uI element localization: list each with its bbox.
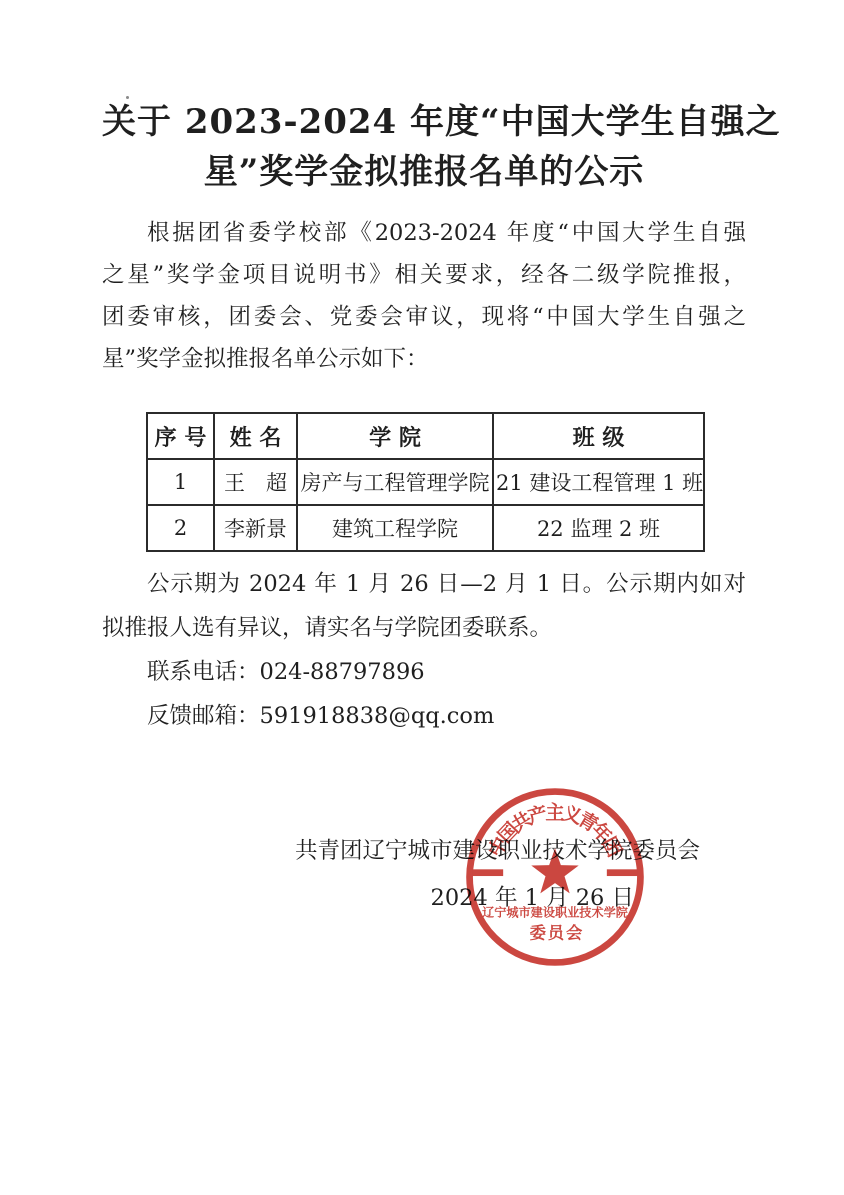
table-header-row: 序 号姓 名学 院班 级 [147, 413, 704, 459]
table-cell: 2 [147, 505, 214, 551]
table-cell: 王 超 [214, 459, 297, 505]
closing-paragraph: 公示期为 2024 年 1 月 26 日—2 月 1 日。公示期内如对拟推报人选… [102, 562, 746, 650]
paragraph-line: 团委审核，团委会、党委会审议，现将“中国大学生自强之 [102, 296, 746, 338]
table-cell: 建筑工程学院 [297, 505, 493, 551]
table-cell: 1 [147, 459, 214, 505]
document-content: 关于 2023-2024 年度“中国大学生自强之星”奖学金拟推报名单的公示 根据… [0, 0, 844, 920]
title-line: 星”奖学金拟推报名单的公示 [102, 147, 746, 197]
table-cell: 21 建设工程管理 1 班 [493, 459, 704, 505]
ink-speck [126, 96, 129, 99]
table-header-cell: 学 院 [297, 413, 493, 459]
star-icon [531, 848, 578, 893]
paragraph-line: 公示期为 2024 年 1 月 26 日—2 月 1 日。公示期内如对 [102, 562, 746, 606]
seal-committee-line: 委员会 [530, 923, 585, 942]
table-header-cell: 班 级 [493, 413, 704, 459]
table-cell: 房产与工程管理学院 [297, 459, 493, 505]
official-seal: 中国共产主义青年团 辽宁城市建设职业技术学院 委员会 [459, 781, 651, 973]
paragraph-line: 星”奖学金拟推报名单公示如下： [102, 338, 746, 380]
table-cell: 李新景 [214, 505, 297, 551]
contact-email: 反馈邮箱：591918838@qq.com [102, 694, 746, 738]
title-line: 关于 2023-2024 年度“中国大学生自强之 [102, 97, 746, 147]
table-header-cell: 序 号 [147, 413, 214, 459]
paragraph-line: 拟推报人选有异议，请实名与学院团委联系。 [102, 606, 746, 650]
table-cell: 22 监理 2 班 [493, 505, 704, 551]
document-title: 关于 2023-2024 年度“中国大学生自强之星”奖学金拟推报名单的公示 [102, 97, 746, 197]
intro-paragraph: 根据团省委学校部《2023-2024 年度“中国大学生自强之星”奖学金项目说明书… [102, 212, 746, 380]
seal-org-line: 辽宁城市建设职业技术学院 [482, 904, 629, 919]
nominee-table: 序 号姓 名学 院班 级 1王 超房产与工程管理学院21 建设工程管理 1 班2… [146, 412, 705, 552]
document-page: 关于 2023-2024 年度“中国大学生自强之星”奖学金拟推报名单的公示 根据… [0, 0, 844, 1195]
table-row: 2李新景建筑工程学院22 监理 2 班 [147, 505, 704, 551]
table-header-cell: 姓 名 [214, 413, 297, 459]
contact-phone: 联系电话：024-88797896 [102, 650, 746, 694]
table-row: 1王 超房产与工程管理学院21 建设工程管理 1 班 [147, 459, 704, 505]
seal-bar-left [472, 869, 503, 876]
paragraph-line: 之星”奖学金项目说明书》相关要求，经各二级学院推报， [102, 254, 746, 296]
seal-bar-right [607, 869, 638, 876]
paragraph-line: 根据团省委学校部《2023-2024 年度“中国大学生自强 [102, 212, 746, 254]
